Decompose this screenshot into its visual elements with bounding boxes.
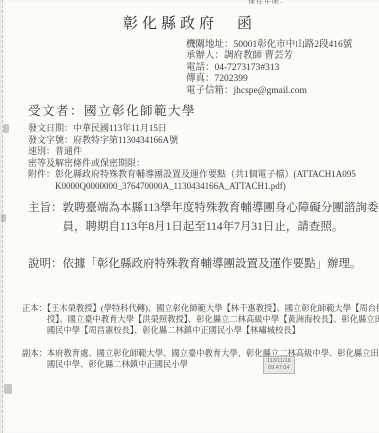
stamp-date: 113/11/18: [267, 358, 291, 365]
contact-person: 承辦人：調府教師 曹芸芳: [186, 51, 352, 62]
agency-address: 機關地址：50001彰化市中山路2段416號: [186, 40, 352, 51]
scan-artifact: [3, 124, 9, 133]
scanned-letter-page: 保存年限： 彰化縣政府 函 機關地址：50001彰化市中山路2段416號 承辦人…: [0, 0, 379, 433]
document-title: 彰化縣政府 函: [0, 12, 379, 33]
original-recipients-line: 正本：【王木榮教授】(學特科代轉)、國立彰化師範大學【林千惠教授】、國立彰化師範…: [22, 303, 379, 337]
stamp-time: 09:47:04: [267, 365, 291, 372]
description-paragraph: 說明：依據「彰化縣政府特殊教育輔導團設置及運作要點」辦理。: [28, 255, 379, 274]
contact-email: 電子信箱：jhcspe@gmail.com: [186, 86, 352, 97]
issue-date-line: 發文日期：中華民國113年11月15日: [28, 123, 362, 135]
recipient-line: 受文者：國立彰化師範大學: [28, 101, 196, 119]
speed-class-line: 速別：普通件: [28, 146, 362, 158]
document-meta-block: 發文日期：中華民國113年11月15日 發文字號：府教特字第1130434166…: [28, 123, 362, 193]
retention-period-note: 保存年限：: [248, 0, 288, 6]
contact-phone: 電話：04-7273173#313: [186, 63, 352, 74]
scan-artifact: [4, 384, 12, 394]
receipt-timestamp-stamp: 113/11/18 09:47:04: [263, 356, 295, 374]
copy-recipients-line: 副本：本府教育處、國立彰化師範大學、國立臺中教育大學、彰化縣立二林高級中學、彰化…: [22, 348, 379, 370]
scan-artifact: [1, 214, 6, 222]
doc-number-line: 發文字號：府教特字第1130434166A號: [28, 135, 362, 147]
agency-contact-block: 機關地址：50001彰化市中山路2段416號 承辦人：調府教師 曹芸芳 電話：0…: [186, 40, 352, 97]
security-class-line: 密等及解密條件或保密期限：: [28, 158, 362, 170]
attachment-line: 附件：彰化縣政府特殊教育輔導團設置及運作要點（共1個電子檔）(ATTACH1A0…: [28, 169, 362, 192]
subject-paragraph: 主旨：敦聘臺端為本縣113學年度特殊教育輔導團身心障礙分團諮詢委員，聘期自113…: [28, 199, 379, 236]
contact-fax: 傳真：7202399: [186, 74, 352, 85]
